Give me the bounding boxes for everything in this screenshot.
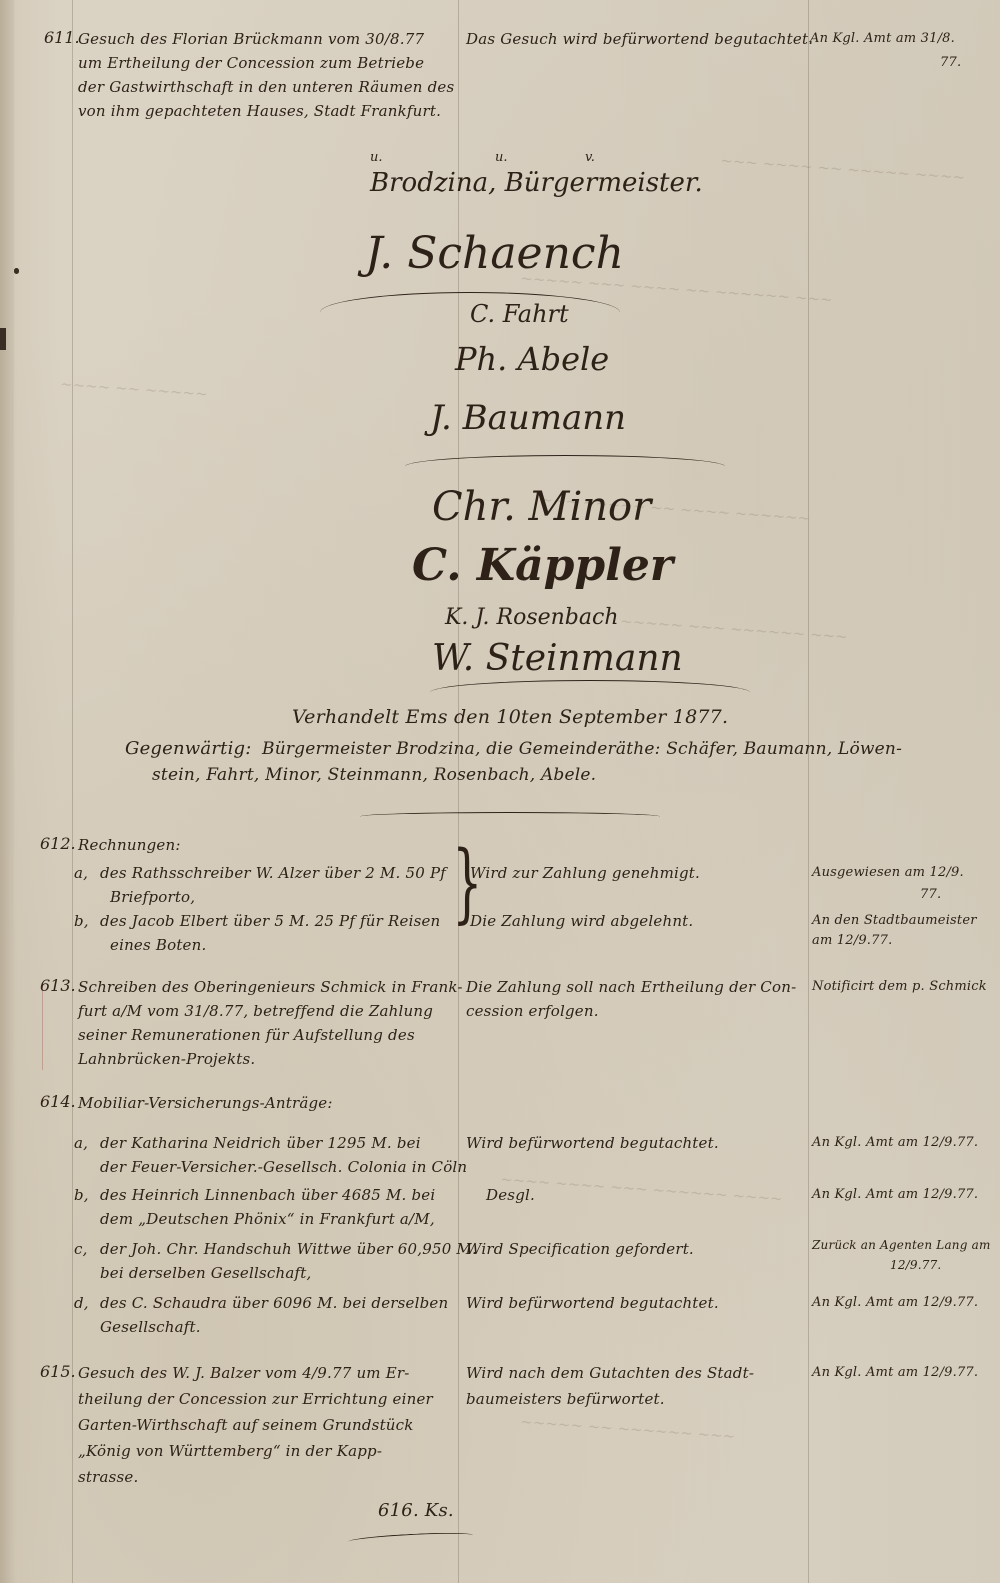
item-label: c, — [74, 1238, 88, 1260]
signature: Ph. Abele — [455, 340, 609, 378]
signature-flourish — [405, 455, 725, 478]
document-page: ~~~ ~~~~ ~~ ~~~~~ ~~~~ ~~~~~ ~~~ ~~~~ ~~… — [0, 0, 1000, 1583]
entry-decision: baumeisters befürwortet. — [466, 1388, 665, 1410]
entry-disposition: An Kgl. Amt am 12/9.77. — [812, 1292, 978, 1314]
entry-disposition: An Kgl. Amt am 12/9.77. — [812, 1184, 978, 1206]
entry-decision: Die Zahlung wird abgelehnt. — [470, 910, 693, 932]
entry-subject-line: Rechnungen: — [78, 834, 181, 856]
signature-flourish — [430, 680, 750, 705]
next-entry-marker: 616. Ks. — [378, 1500, 454, 1522]
entry-decision: Wird Specification gefordert. — [466, 1238, 694, 1260]
signature-mayor: Brodzina, Bürgermeister. — [370, 168, 703, 198]
entry-disposition: 77. — [940, 52, 961, 74]
item-line: Gesellschaft. — [100, 1316, 201, 1338]
entry-number: 611. — [44, 28, 80, 47]
binding-dot — [14, 268, 19, 274]
item-label: a, — [74, 1132, 88, 1154]
red-margin-line — [42, 985, 43, 1070]
entry-disposition: An Kgl. Amt am 12/9.77. — [812, 1362, 978, 1384]
signature: C. Fahrt — [470, 300, 569, 328]
item-line: dem „Deutschen Phönix“ in Frankfurt a/M, — [100, 1208, 435, 1230]
item-label: b, — [74, 1184, 89, 1206]
bleed-through-text: ~~~~~ ~~ ~~~~~~ ~~~ — [520, 1413, 736, 1446]
entry-decision: cession erfolgen. — [466, 1000, 599, 1022]
entry-disposition: An Kgl. Amt am 12/9.77. — [812, 1132, 978, 1154]
entry-disposition: am 12/9.77. — [812, 930, 892, 952]
entry-disposition: 12/9.77. — [890, 1254, 941, 1276]
present-line: stein, Fahrt, Minor, Steinmann, Rosenbac… — [152, 764, 596, 786]
item-line: bei derselben Gesellschaft, — [100, 1262, 311, 1284]
binding-mark — [0, 328, 6, 350]
entry-subject-line: um Ertheilung der Concession zum Betrieb… — [78, 52, 424, 74]
session-title: Verhandelt Ems den 10ten September 1877. — [292, 706, 728, 728]
entry-disposition: Ausgewiesen am 12/9. — [812, 862, 964, 884]
entry-subject-line: strasse. — [78, 1466, 138, 1488]
entry-decision: Das Gesuch wird befürwortend begutachtet… — [466, 28, 813, 50]
entry-subject-line: Garten-Wirthschaft auf seinem Grundstück — [78, 1414, 414, 1436]
footer-underline — [348, 1531, 473, 1547]
entry-subject-line: Gesuch des W. J. Balzer vom 4/9.77 um Er… — [78, 1362, 410, 1384]
item-line: der Katharina Neidrich über 1295 M. bei — [100, 1132, 421, 1154]
bleed-through-text: ~~~~ ~~~~ ~~~ ~~~~~~ ~~~~ — [500, 1170, 784, 1208]
entry-disposition: An den Stadtbaumeister — [812, 910, 977, 932]
entry-number: 613. — [40, 976, 76, 995]
entry-subject-line: Gesuch des Florian Brückmann vom 30/8.77 — [78, 28, 424, 50]
signature: K. J. Rosenbach — [445, 605, 619, 630]
entry-decision: Desgl. — [486, 1184, 535, 1206]
entry-subject-line: der Gastwirthschaft in den unteren Räume… — [78, 76, 454, 98]
item-line: eines Boten. — [110, 934, 206, 956]
entry-decision: Die Zahlung soll nach Ertheilung der Con… — [466, 976, 796, 998]
signature-initial: u. — [495, 150, 508, 165]
item-label: b, — [74, 910, 89, 932]
entry-subject-line: Lahnbrücken-Projekts. — [78, 1048, 255, 1070]
item-line: der Joh. Chr. Handschuh Wittwe über 60,9… — [100, 1238, 477, 1260]
item-line: des Rathsschreiber W. Alzer über 2 M. 50… — [100, 862, 446, 884]
entry-decision: Wird nach dem Gutachten des Stadt- — [466, 1362, 754, 1384]
signature: J. Baumann — [430, 398, 626, 438]
page-binding-edge — [0, 0, 14, 1583]
entry-subject-line: furt a/M vom 31/8.77, betreffend die Zah… — [78, 1000, 433, 1022]
entry-decision: Wird befürwortend begutachtet. — [466, 1292, 719, 1314]
item-label: a, — [74, 862, 88, 884]
item-line: Briefporto, — [110, 886, 195, 908]
item-line: des Heinrich Linnenbach über 4685 M. bei — [100, 1184, 435, 1206]
entry-subject-line: „König von Württemberg“ in der Kapp- — [78, 1440, 382, 1462]
column-rule-number — [72, 0, 73, 1583]
item-label: d, — [74, 1292, 89, 1314]
section-divider — [360, 812, 660, 821]
entry-subject-line: Mobiliar-Versicherungs-Anträge: — [78, 1092, 333, 1114]
signature: J. Schaench — [365, 228, 624, 279]
entry-number: 614. — [40, 1092, 76, 1111]
entry-subject-line: von ihm gepachteten Hauses, Stadt Frankf… — [78, 100, 441, 122]
signature: Chr. Minor — [432, 484, 651, 530]
entry-disposition: An Kgl. Amt am 31/8. — [810, 28, 955, 50]
entry-subject-line: theilung der Concession zur Errichtung e… — [78, 1388, 433, 1410]
signature: C. Käppler — [412, 540, 673, 591]
signature: W. Steinmann — [432, 638, 683, 679]
bleed-through-text: ~~~~ ~~ ~~~~~ — [60, 375, 209, 403]
entry-disposition: Notificirt dem p. Schmick — [812, 976, 987, 998]
item-line: des Jacob Elbert über 5 M. 25 Pf für Rei… — [100, 910, 440, 932]
signature-initial: v. — [585, 150, 595, 165]
entry-subject-line: Schreiben des Oberingenieurs Schmick in … — [78, 976, 463, 998]
item-line: des C. Schaudra über 6096 M. bei derselb… — [100, 1292, 448, 1314]
entry-number: 612. — [40, 834, 76, 853]
entry-disposition: 77. — [920, 884, 941, 906]
present-label: Gegenwärtig: — [125, 738, 252, 760]
entry-subject-line: seiner Remunerationen für Aufstellung de… — [78, 1024, 415, 1046]
entry-decision: Wird zur Zahlung genehmigt. — [470, 862, 700, 884]
bleed-through-text: ~~~ ~~~~ ~~ ~~~~~ ~~~~ — [720, 151, 966, 186]
entry-number: 615. — [40, 1362, 76, 1381]
present-line: Bürgermeister Brodzina, die Gemeinderäth… — [262, 738, 902, 760]
column-rule-disposition — [808, 0, 809, 1583]
entry-disposition: Zurück an Agenten Lang am — [812, 1234, 991, 1256]
item-line: der Feuer-Versicher.-Gesellsch. Colonia … — [100, 1156, 467, 1178]
signature-initial: u. — [370, 150, 383, 165]
entry-decision: Wird befürwortend begutachtet. — [466, 1132, 719, 1154]
